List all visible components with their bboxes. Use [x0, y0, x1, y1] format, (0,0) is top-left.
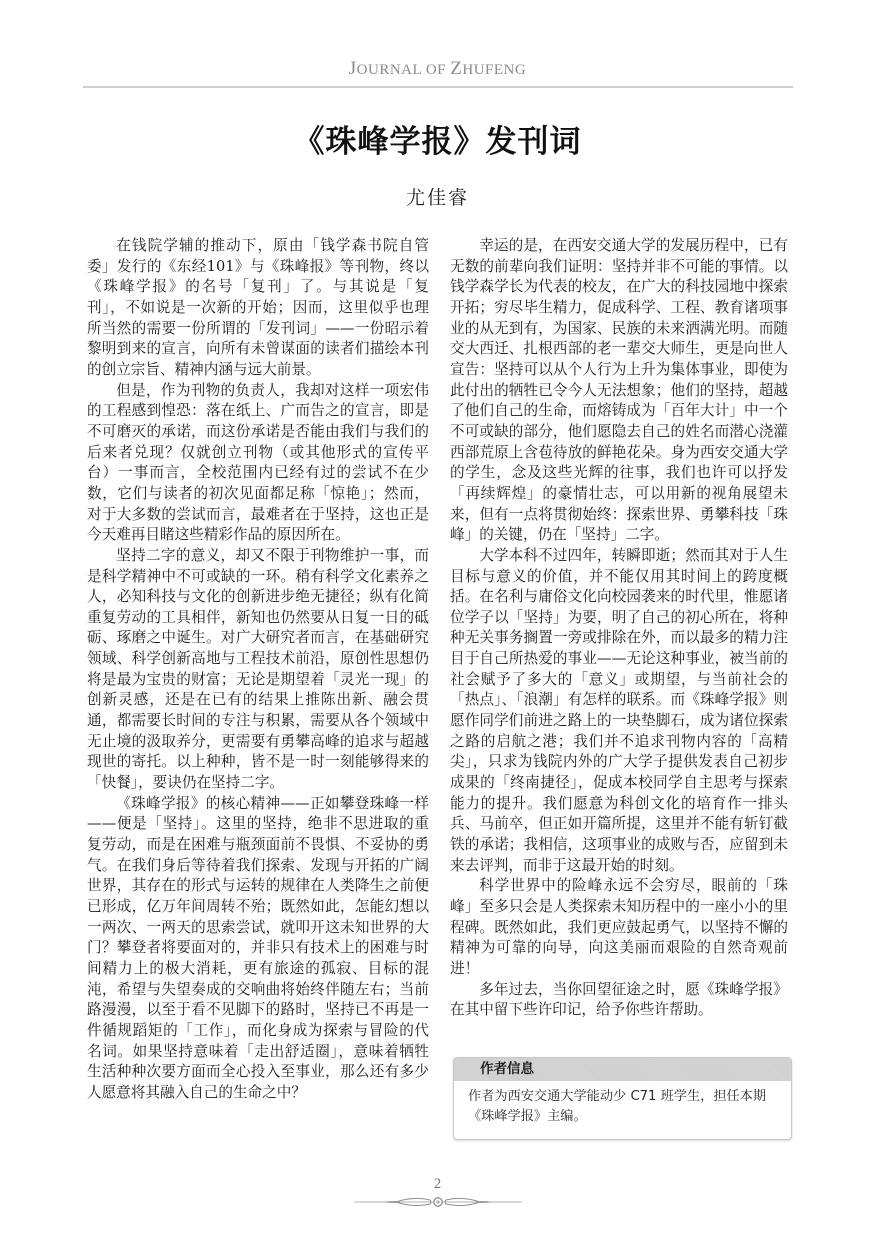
article-title: 《珠峰学报》发刊词 — [0, 116, 875, 161]
header-rule — [83, 86, 793, 88]
running-head-text-tail: HUFENG — [462, 62, 526, 78]
paragraph: 在钱院学辅的推动下，原由「钱学森书院自管委」发行的《东经101》与《珠峰报》等刊… — [87, 236, 429, 381]
running-head-text: OURNAL OF — [357, 62, 451, 78]
paragraph: 大学本科不过四年，转瞬即逝；然而其对于人生目标与意义的价值，并不能仅用其时间上的… — [450, 546, 788, 877]
paragraph: 多年过去，当你回望征途之时，愿《珠峰学报》在其中留下些许印记，给予你些许帮助。 — [450, 980, 788, 1021]
paragraph: 科学世界中的险峰永远不会穷尽，眼前的「珠峰」至多只会是人类探索未知历程中的一座小… — [450, 876, 788, 979]
paragraph: 坚持二字的意义，却又不限于刊物维护一事，而是科学精神中不可或缺的一环。稍有科学文… — [87, 546, 429, 794]
right-column: 幸运的是，在西安交通大学的发展历程中，已有无数的前辈向我们证明：坚持并非不可能的… — [450, 236, 788, 1021]
page-number: 2 — [0, 1176, 875, 1193]
paragraph: 《珠峰学报》的核心精神——正如攀登珠峰一样——便是「坚持」。这里的坚持，绝非不思… — [87, 794, 429, 1104]
running-head: JOURNAL OF ZHUFENG — [0, 58, 875, 80]
author-info-heading: 作者信息 — [454, 1058, 791, 1081]
running-head-initial-z: Z — [450, 58, 462, 79]
paragraph: 但是，作为刊物的负责人，我却对这样一项宏伟的工程感到惶恐：落在纸上、广而告之的宣… — [87, 381, 429, 546]
paragraph: 幸运的是，在西安交通大学的发展历程中，已有无数的前辈向我们证明：坚持并非不可能的… — [450, 236, 788, 546]
ornament-divider-icon — [352, 1194, 524, 1210]
running-head-initial: J — [349, 58, 357, 79]
article-author: 尤佳睿 — [0, 183, 875, 210]
author-info-body: 作者为西安交通大学能动少 C71 班学生，担任本期《珠峰学报》主编。 — [454, 1081, 791, 1127]
author-info-box: 作者信息 作者为西安交通大学能动少 C71 班学生，担任本期《珠峰学报》主编。 — [453, 1057, 792, 1140]
left-column: 在钱院学辅的推动下，原由「钱学森书院自管委」发行的《东经101》与《珠峰报》等刊… — [87, 236, 429, 1104]
